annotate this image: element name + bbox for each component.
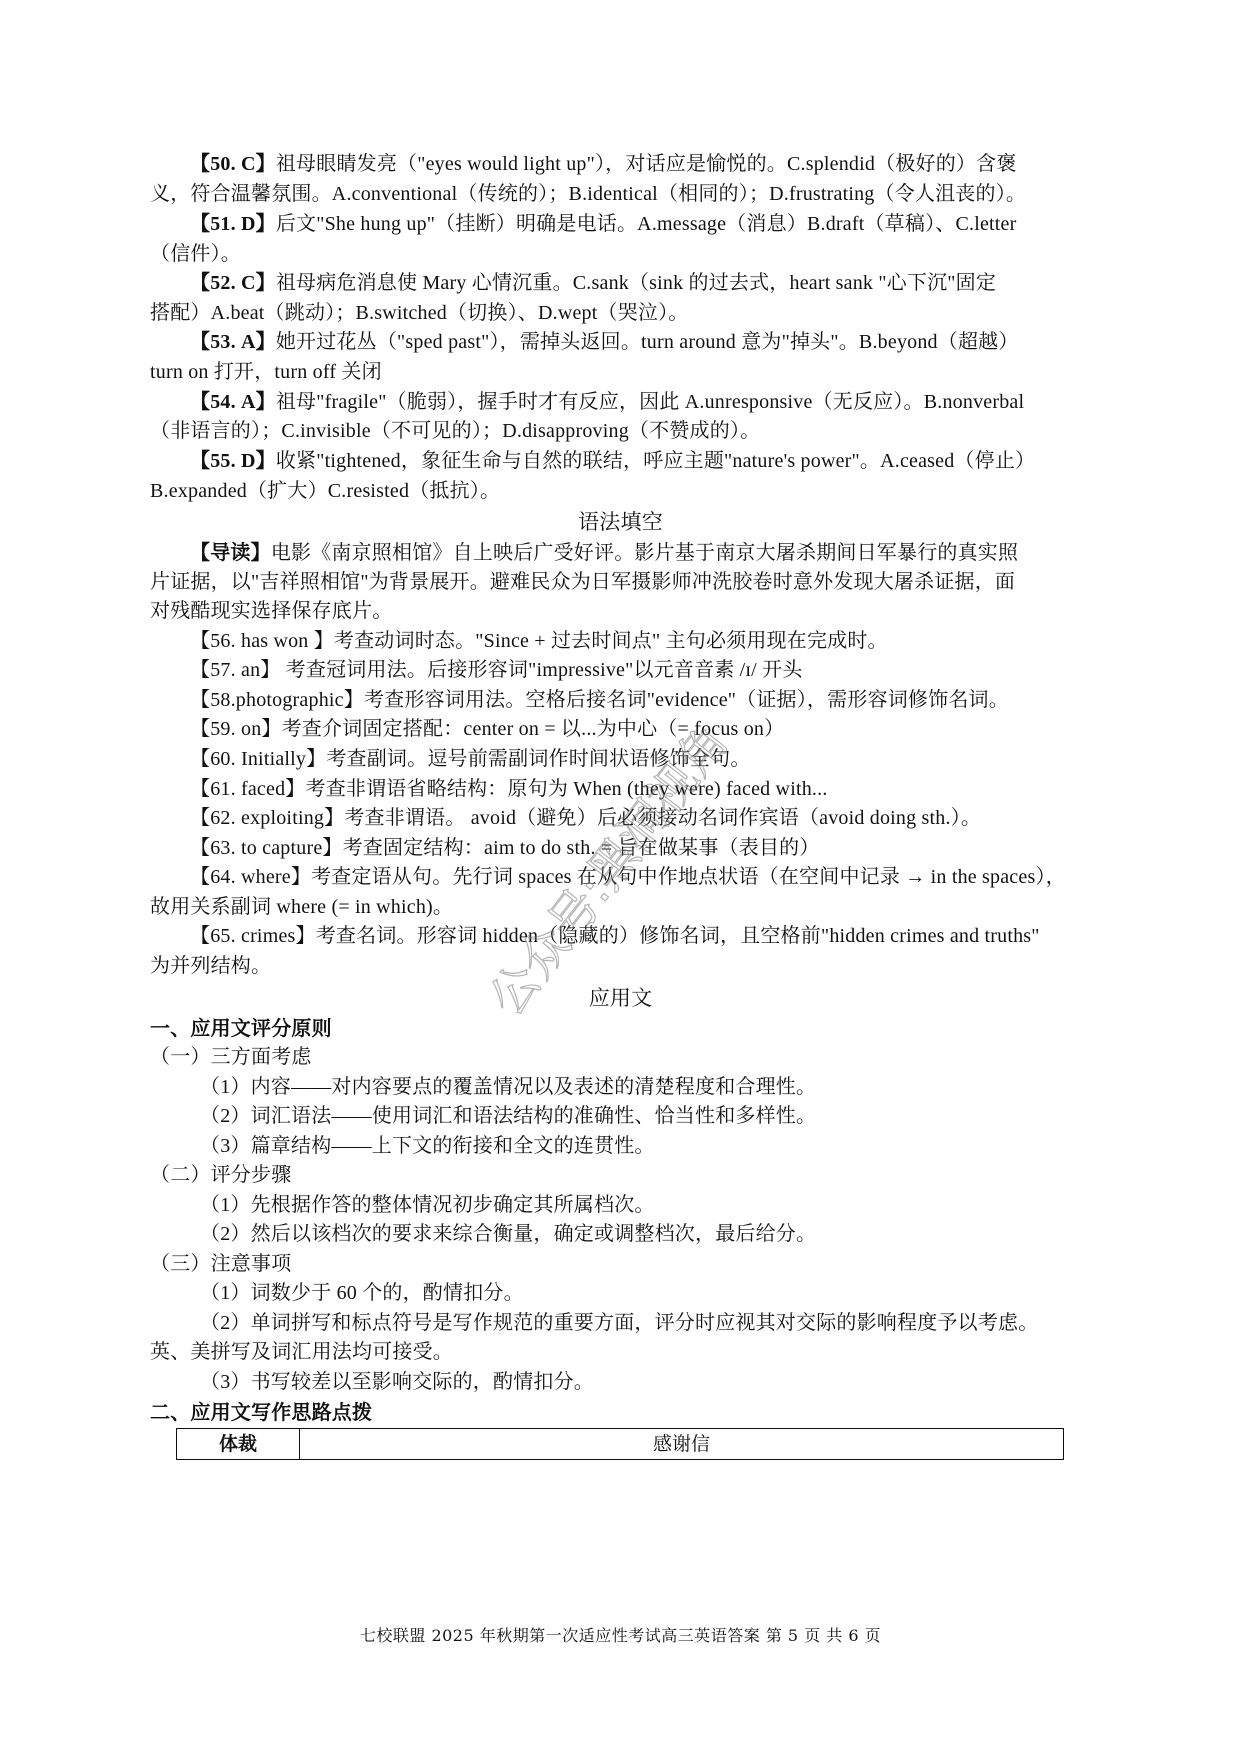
writing-section-title: 应用文 [0,984,1241,1012]
answer-50-line-1: 【50. C】祖母眼睛发亮（"eyes would light up"），对话应… [190,150,1140,178]
scoring-principles-heading: 一、应用文评分原则 [150,1014,1100,1042]
answer-50-line-2: 义，符合温馨氛围。A.conventional（传统的）；B.identical… [150,180,1100,208]
answer-52-line-1: 【52. C】祖母病危消息使 Mary 心情沉重。C.sank（sink 的过去… [190,269,1140,297]
answer-54-line-1: 【54. A】祖母"fragile"（脆弱），握手时才有反应，因此 A.unre… [190,388,1140,416]
grammar-section-title: 语法填空 [0,508,1241,536]
step-item-1: （1）先根据作答的整体情况初步确定其所属档次。 [200,1191,1150,1219]
answer-52-line-2: 搭配）A.beat（跳动）；B.switched（切换）、D.wept（哭泣）。 [150,299,1100,327]
answer-51-line-2: （信件）。 [150,240,1100,268]
note-item-2-cont: 英、美拼写及词汇用法均可接受。 [150,1338,1100,1366]
answer-60: 【60. Initially】考查副词。逗号前需副词作时间状语修饰全句。 [190,745,1140,773]
answer-58: 【58.photographic】考查形容词用法。空格后接名词"evidence… [190,686,1140,714]
page-footer: 七校联盟 2025 年秋期第一次适应性考试高三英语答案 第 5 页 共 6 页 [0,1623,1241,1646]
grammar-intro-line-2: 片证据，以"吉祥照相馆"为背景展开。避难民众为日军摄影师冲洗胶卷时意外发现大屠杀… [150,568,1100,596]
answer-64-line-1: 【64. where】考查定语从句。先行词 spaces 在从句中作地点状语（在… [190,863,1140,891]
answer-65-line-1: 【65. crimes】考查名词。形容词 hidden（隐藏的）修饰名词，且空格… [190,922,1140,950]
step-item-2: （2）然后以该档次的要求来综合衡量，确定或调整档次，最后给分。 [200,1220,1150,1248]
genre-value-cell: 感谢信 [300,1429,1063,1459]
answer-53-line-1: 【53. A】她开过花丛（"sped past"），需掉头返回。turn aro… [190,328,1140,356]
genre-header-cell: 体裁 [177,1429,300,1459]
aspect-item-3: （3）篇章结构——上下文的衔接和全文的连贯性。 [200,1132,1150,1160]
answer-55-line-2: B.expanded（扩大）C.resisted（抵抗）。 [150,477,1100,505]
answer-65-line-2: 为并列结构。 [150,952,1100,980]
answer-56: 【56. has won 】考查动词时态。"Since + 过去时间点" 主句必… [190,627,1140,655]
answer-59: 【59. on】考查介词固定搭配：center on = 以...为中心（= f… [190,715,1140,743]
answer-54-line-2: （非语言的）；C.invisible（不可见的）；D.disapproving（… [150,417,1100,445]
answer-62: 【62. exploiting】考查非谓语。 avoid（避免）后必须接动名词作… [190,804,1140,832]
note-item-1: （1）词数少于 60 个的，酌情扣分。 [200,1279,1150,1307]
note-item-2: （2）单词拼写和标点符号是写作规范的重要方面，评分时应视其对交际的影响程度予以考… [200,1309,1150,1337]
note-item-3: （3）书写较差以至影响交际的，酌情扣分。 [200,1368,1150,1396]
three-aspects-heading: （一）三方面考虑 [150,1043,1100,1071]
answer-61: 【61. faced】考查非谓语省略结构：原句为 When (they were… [190,775,1140,803]
answer-key-page: 【50. C】祖母眼睛发亮（"eyes would light up"），对话应… [0,0,1241,1755]
genre-table: 体裁 感谢信 [176,1428,1064,1460]
notes-heading: （三）注意事项 [150,1250,1100,1278]
grammar-intro-line-1: 【导读】电影《南京照相馆》自上映后广受好评。影片基于南京大屠杀期间日军暴行的真实… [190,538,1140,567]
aspect-item-1: （1）内容——对内容要点的覆盖情况以及表述的清楚程度和合理性。 [200,1073,1150,1101]
grammar-intro-line-3: 对残酷现实选择保存底片。 [150,597,1100,625]
answer-51-line-1: 【51. D】后文"She hung up"（挂断）明确是电话。A.messag… [190,210,1140,238]
aspect-item-2: （2）词汇语法——使用词汇和语法结构的准确性、恰当性和多样性。 [200,1102,1150,1130]
answer-53-line-2: turn on 打开，turn off 关闭 [150,358,1100,386]
answer-55-line-1: 【55. D】收紧"tightened，象征生命与自然的联结，呼应主题"natu… [190,447,1140,475]
answer-57: 【57. an】 考查冠词用法。后接形容词"impressive"以元音音素 /… [190,656,1140,684]
writing-tips-heading: 二、应用文写作思路点拨 [150,1398,1100,1426]
answer-63: 【63. to capture】考查固定结构：aim to do sth. = … [190,834,1140,862]
answer-64-line-2: 故用关系副词 where (= in which)。 [150,893,1100,921]
scoring-steps-heading: （二）评分步骤 [150,1161,1100,1189]
